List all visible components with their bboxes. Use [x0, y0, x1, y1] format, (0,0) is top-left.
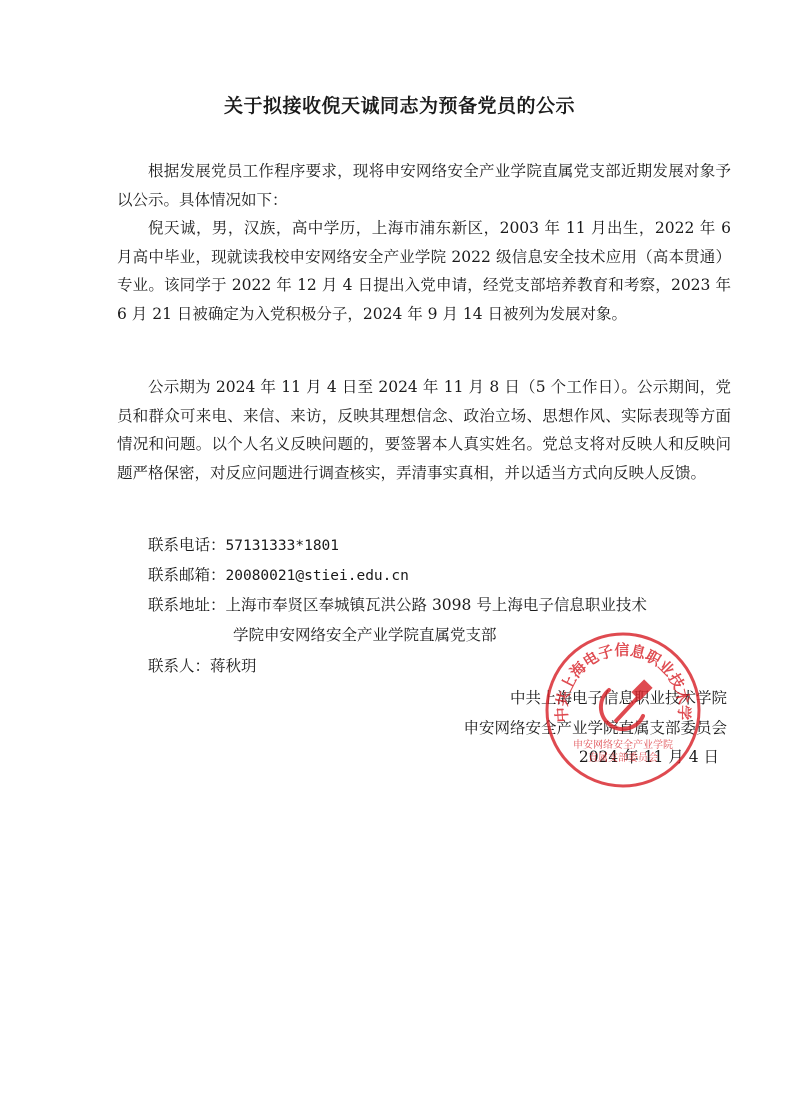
- contact-address-line2: 学院申安网络安全产业学院直属党支部: [233, 621, 497, 650]
- contact-phone-label: 联系电话：: [148, 531, 226, 560]
- contact-address: 联系地址：上海市奉贤区奉城镇瓦洪公路 3098 号上海电子信息职业技术: [148, 591, 647, 620]
- contact-person: 联系人：蒋秋玥: [148, 652, 257, 681]
- page-title: 关于拟接收倪天诚同志为预备党员的公示: [0, 91, 799, 118]
- contact-phone: 联系电话：57131333*1801: [148, 531, 339, 561]
- paragraph-text: 根据发展党员工作程序要求，现将申安网络安全产业学院直属党支部近期发展对象予以公示…: [117, 157, 731, 214]
- signature-org-line1: 中共上海电子信息职业技术学院: [510, 684, 727, 713]
- paragraph-candidate-info: 倪天诚，男，汉族，高中学历，上海市浦东新区，2003 年 11 月出生，2022…: [117, 214, 731, 328]
- contact-person-label: 联系人：: [148, 652, 210, 681]
- paragraph-text: 倪天诚，男，汉族，高中学历，上海市浦东新区，2003 年 11 月出生，2022…: [117, 214, 731, 328]
- paragraph-intro: 根据发展党员工作程序要求，现将申安网络安全产业学院直属党支部近期发展对象予以公示…: [117, 157, 731, 214]
- contact-email: 联系邮箱：20080021@stiei.edu.cn: [148, 561, 409, 591]
- contact-phone-value: 57131333*1801: [226, 538, 340, 554]
- contact-email-label: 联系邮箱：: [148, 561, 226, 590]
- contact-email-value: 20080021@stiei.edu.cn: [226, 568, 409, 584]
- signature-org-line2: 申安网络安全产业学院直属支部委员会: [463, 714, 727, 743]
- signature-date: 2024 年 11 月 4 日: [579, 743, 719, 772]
- paragraph-text: 公示期为 2024 年 11 月 4 日至 2024 年 11 月 8 日（5 …: [117, 373, 731, 487]
- contact-address-label: 联系地址：: [148, 591, 226, 620]
- contact-person-value: 蒋秋玥: [210, 657, 257, 675]
- contact-address-line1: 上海市奉贤区奉城镇瓦洪公路 3098 号上海电子信息职业技术: [226, 596, 647, 614]
- paragraph-notice-period: 公示期为 2024 年 11 月 4 日至 2024 年 11 月 8 日（5 …: [117, 373, 731, 487]
